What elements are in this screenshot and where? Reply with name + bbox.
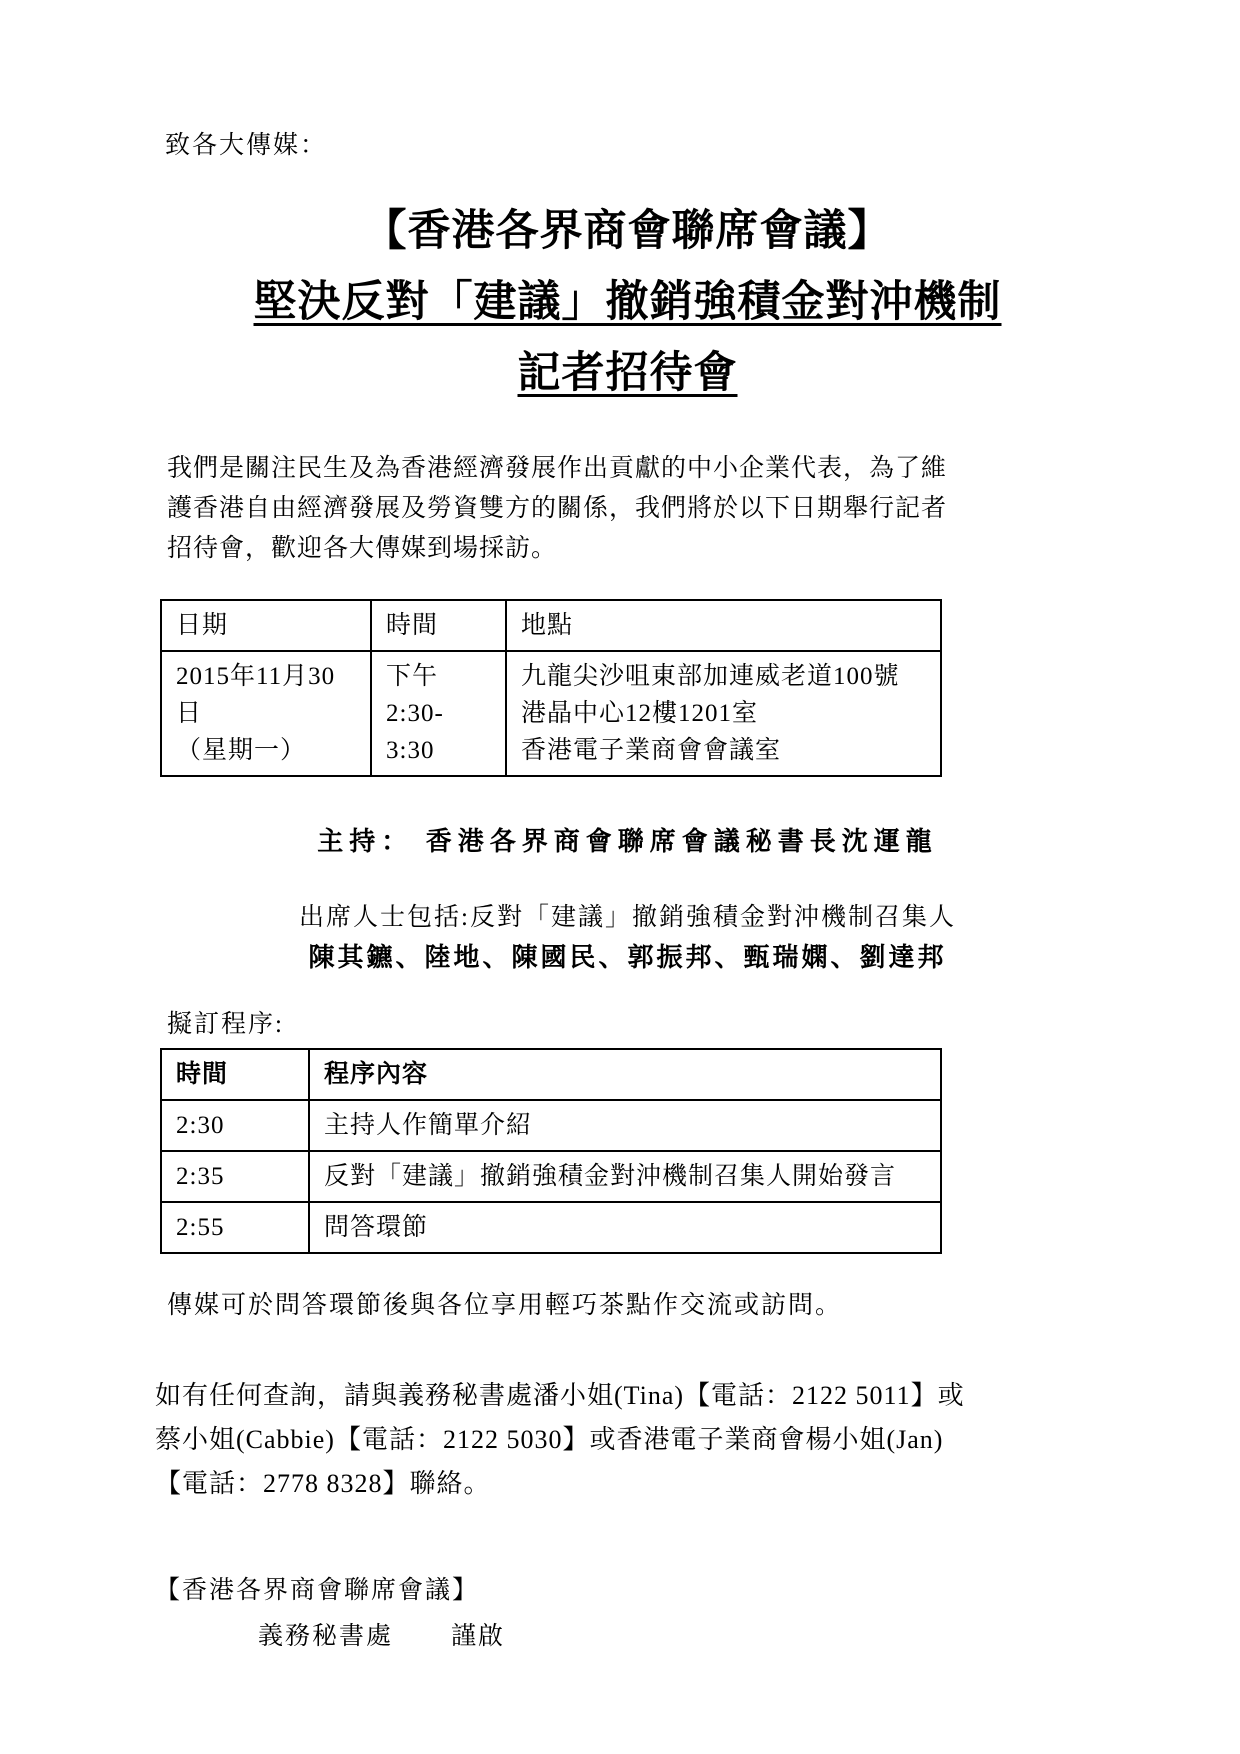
title-line-1: 【香港各界商會聯席會議】 [155,196,1100,267]
agenda-row-1-content: 主持人作簡單介紹 [309,1100,941,1151]
agenda-row: 2:55 問答環節 [161,1202,941,1253]
event-date-line-2: （星期一） [176,732,356,769]
title-line-1-text: 【香港各界商會聯席會議】 [364,208,892,255]
event-date-cell: 2015年11月30日 （星期一） [161,651,371,776]
title-line-3: 記者招待會 [155,338,1100,409]
event-time-cell: 下午 2:30-3:30 [371,651,506,776]
press-release-page: 致各大傳媒： 【香港各界商會聯席會議】 堅決反對「建議」撤銷強積金對沖機制 記者… [0,0,1240,1754]
agenda-row-1-time: 2:30 [161,1100,309,1151]
attendees-names: 陳其鑣、陸地、陳國民、郭振邦、甄瑞嫻、劉達邦 [155,938,1100,978]
event-time-line-1: 下午 [386,658,491,695]
signature-closing: 謹啟 [451,1623,505,1650]
intro-paragraph: 我們是關注民生及為香港經濟發展作出貢獻的中小企業代表，為了維 護香港自由經濟發展… [167,449,957,569]
event-details-table: 日期 時間 地點 2015年11月30日 （星期一） 下午 2:30-3:30 … [160,599,942,777]
event-venue-line-3: 香港電子業商會會議室 [521,732,926,769]
intro-line-1: 我們是關注民生及為香港經濟發展作出貢獻的中小企業代表，為了維 [167,449,957,489]
title-line-3-text: 記者招待會 [518,350,738,397]
agenda-label: 擬訂程序: [167,1008,1100,1042]
agenda-table: 時間 程序內容 2:30 主持人作簡單介紹 2:35 反對「建議」撤銷強積金對沖… [160,1048,942,1254]
event-venue-line-2: 港晶中心12樓1201室 [521,695,926,732]
signature-block: 【香港各界商會聯席會議】 義務秘書處謹啟 [155,1574,1100,1654]
agenda-row-2-time: 2:35 [161,1151,309,1202]
document-title: 【香港各界商會聯席會議】 堅決反對「建議」撤銷強積金對沖機制 記者招待會 [155,196,1100,409]
event-table-header-row: 日期 時間 地點 [161,600,941,651]
host-line: 主持： 香港各界商會聯席會議秘書長沈運龍 [155,821,1100,858]
agenda-header-time: 時間 [161,1049,309,1100]
contact-line-1: 如有任何查詢，請與義務秘書處潘小姐(Tina)【電話：2122 5011】或 [155,1374,970,1418]
event-venue-line-1: 九龍尖沙咀東部加連威老道100號 [521,658,926,695]
event-table-header-date: 日期 [161,600,371,651]
attendees-intro: 出席人士包括:反對「建議」撤銷強積金對沖機制召集人 [155,898,1100,938]
agenda-row-3-content: 問答環節 [309,1202,941,1253]
refreshments-note: 傳媒可於問答環節後與各位享用輕巧茶點作交流或訪問。 [167,1286,1100,1326]
signature-org: 【香港各界商會聯席會議】 [155,1574,1100,1608]
signature-line: 義務秘書處謹啟 [258,1620,1100,1654]
event-venue-cell: 九龍尖沙咀東部加連威老道100號 港晶中心12樓1201室 香港電子業商會會議室 [506,651,941,776]
event-table-header-venue: 地點 [506,600,941,651]
attendees-section: 出席人士包括:反對「建議」撤銷強積金對沖機制召集人 陳其鑣、陸地、陳國民、郭振邦… [155,898,1100,978]
event-date-line-1: 2015年11月30日 [176,658,356,732]
agenda-row: 2:35 反對「建議」撤銷強積金對沖機制召集人開始發言 [161,1151,941,1202]
agenda-header-content: 程序內容 [309,1049,941,1100]
agenda-row-2-content: 反對「建議」撤銷強積金對沖機制召集人開始發言 [309,1151,941,1202]
agenda-row-3-time: 2:55 [161,1202,309,1253]
contact-line-2: 蔡小姐(Cabbie)【電話：2122 5030】或香港電子業商會楊小姐(Jan… [155,1418,970,1462]
agenda-header-row: 時間 程序內容 [161,1049,941,1100]
intro-line-2: 護香港自由經濟發展及勞資雙方的關係，我們將於以下日期舉行記者 [167,489,957,529]
event-time-line-2: 2:30-3:30 [386,695,491,769]
event-table-header-time: 時間 [371,600,506,651]
title-line-2-text: 堅決反對「建議」撤銷強積金對沖機制 [254,279,1002,326]
contact-paragraph: 如有任何查詢，請與義務秘書處潘小姐(Tina)【電話：2122 5011】或 蔡… [155,1374,970,1506]
event-table-data-row: 2015年11月30日 （星期一） 下午 2:30-3:30 九龍尖沙咀東部加連… [161,651,941,776]
agenda-row: 2:30 主持人作簡單介紹 [161,1100,941,1151]
salutation: 致各大傳媒： [165,130,1100,162]
intro-line-3: 招待會，歡迎各大傳媒到場採訪。 [167,529,957,569]
title-line-2: 堅決反對「建議」撤銷強積金對沖機制 [155,267,1100,338]
signature-dept: 義務秘書處 [258,1623,393,1650]
contact-line-3: 【電話：2778 8328】聯絡。 [155,1462,970,1506]
